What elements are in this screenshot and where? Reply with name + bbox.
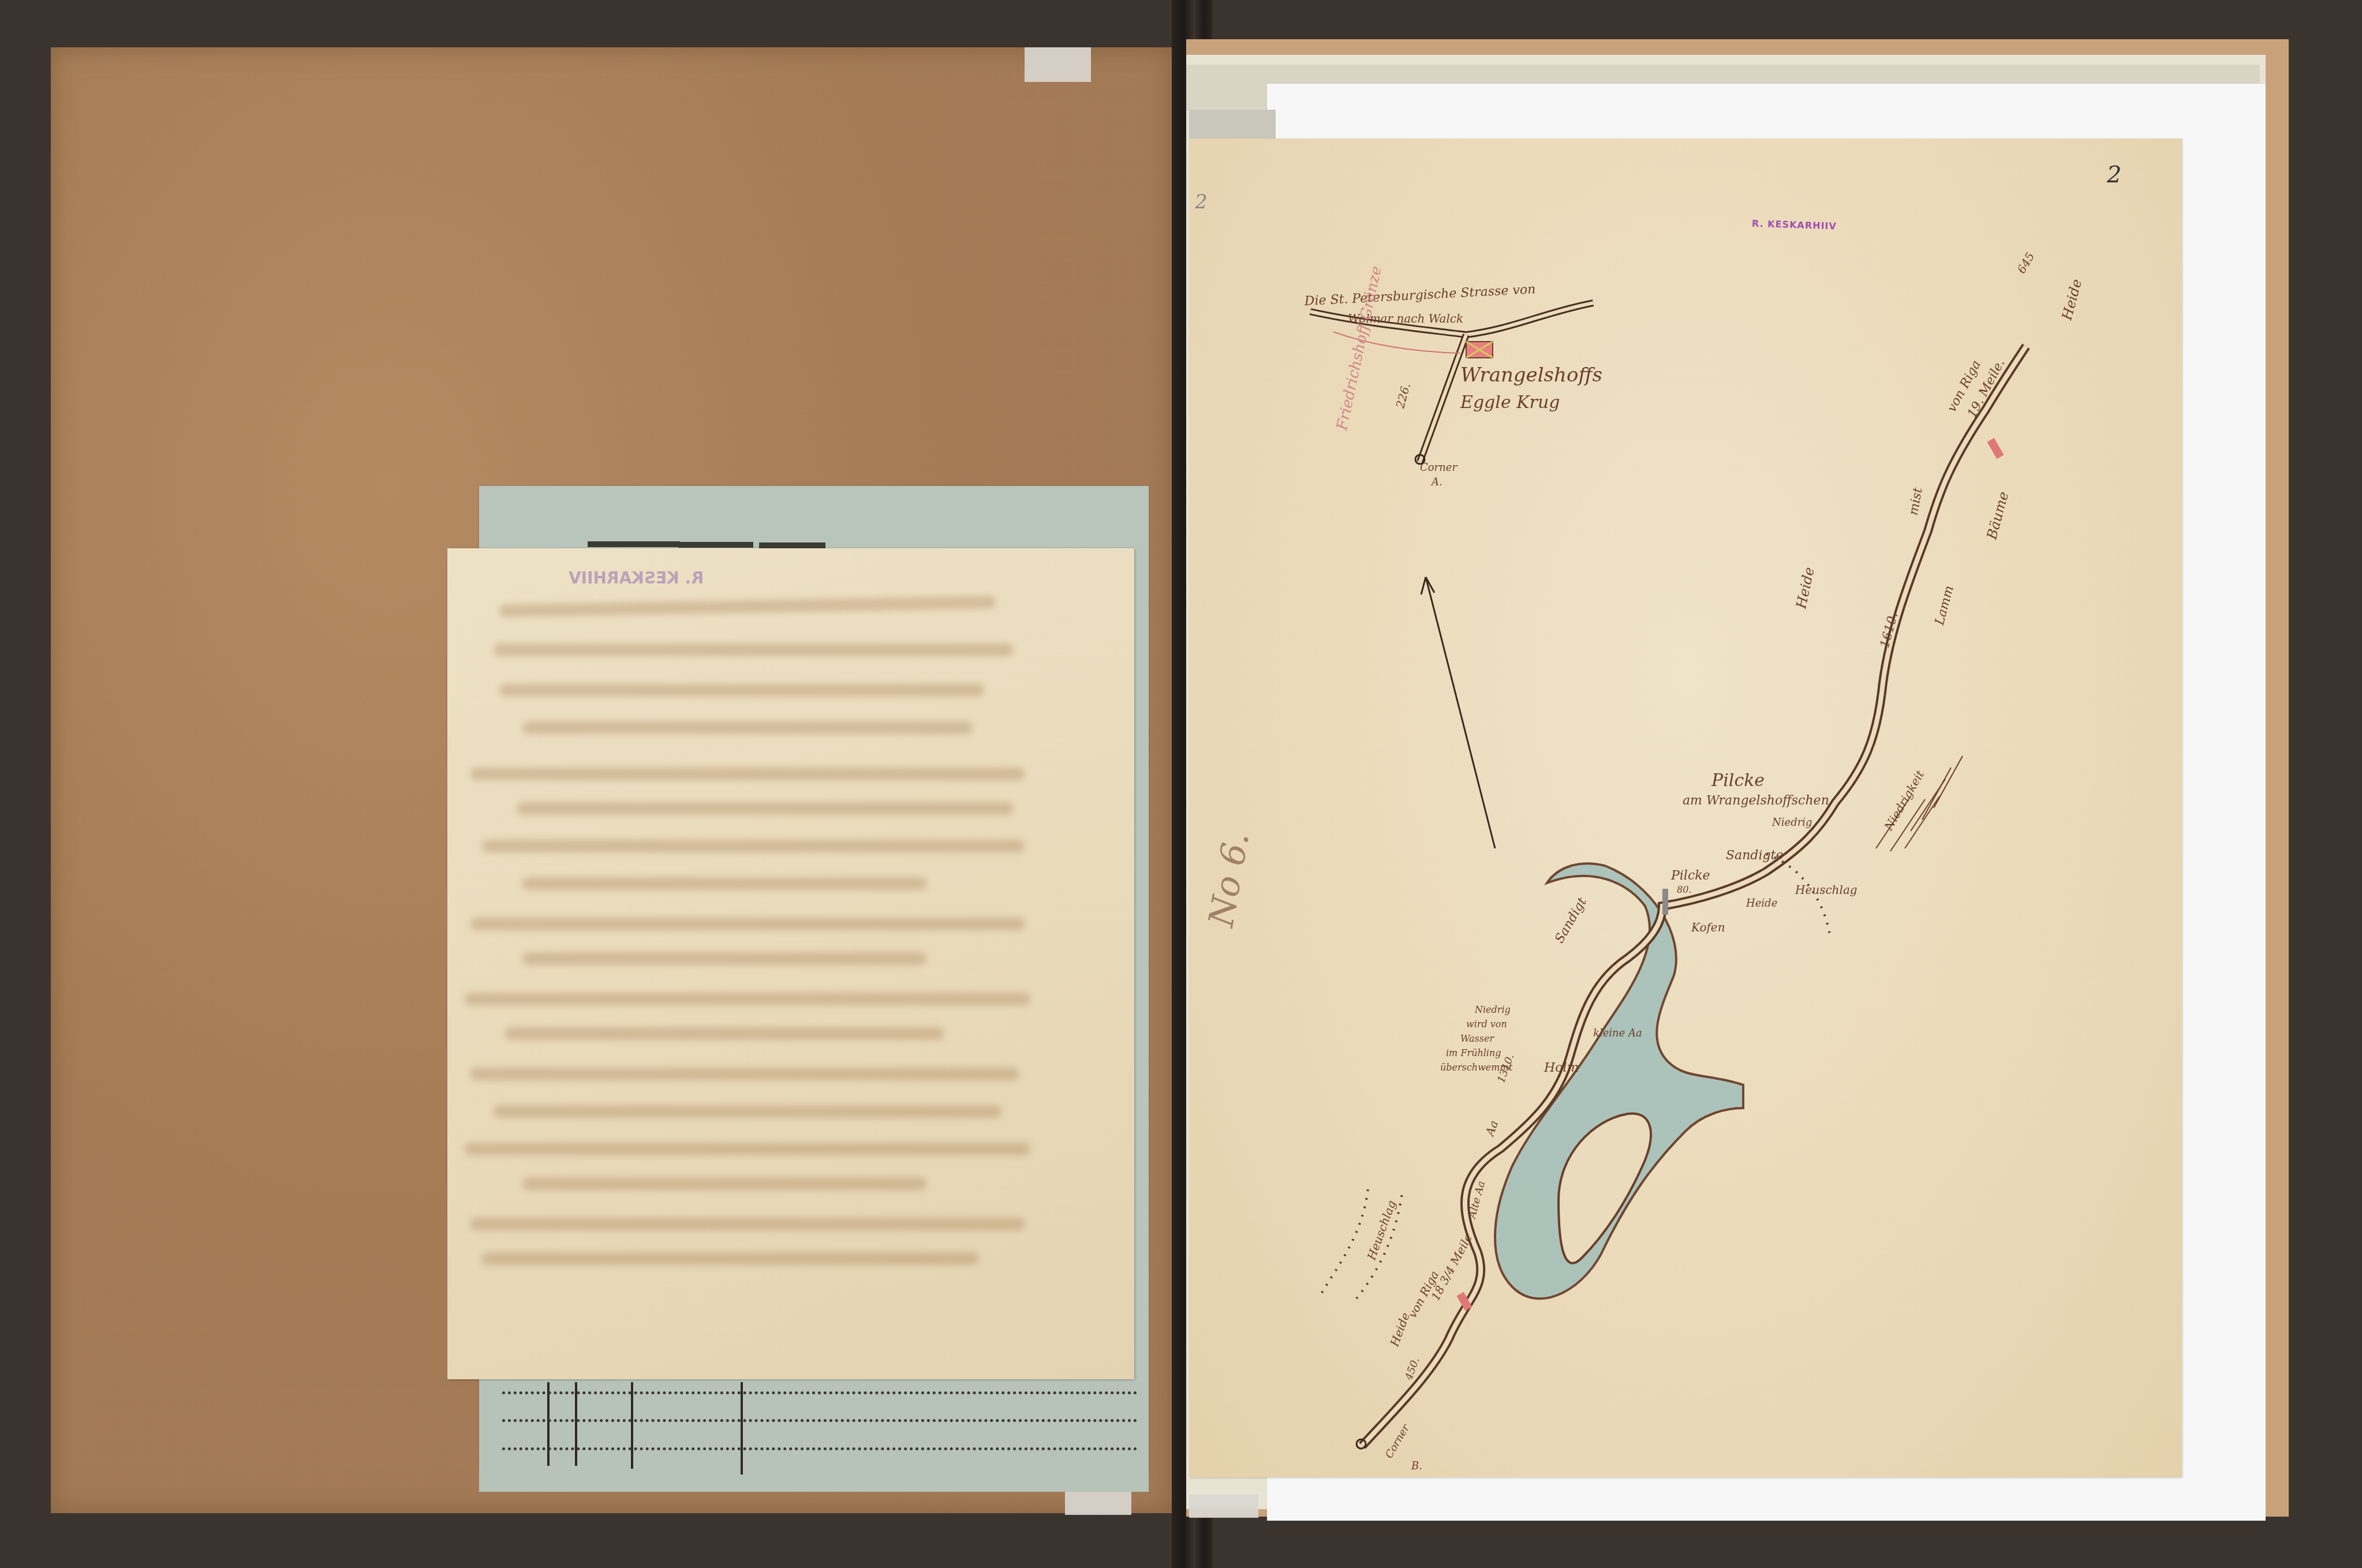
label-pilcke-title: Pilcke	[1711, 770, 1765, 791]
label-niedrig: Niedrig	[1772, 817, 1812, 829]
label-sandigte: Sandigte	[1726, 848, 1783, 863]
north-arrow-icon	[1426, 577, 1495, 848]
header-bar	[588, 541, 680, 547]
label-corner-b-letter: B.	[1411, 1460, 1422, 1472]
bleed-text-line	[522, 721, 973, 734]
form-column-rule	[631, 1382, 633, 1469]
label-heuschlag-right: Heuschlag	[1795, 883, 1858, 897]
mirrored-archive-stamp: R. KESKARHIIV	[569, 568, 704, 587]
label-corner-a-letter: A.	[1432, 476, 1442, 488]
page-number: 2	[2107, 162, 2121, 188]
bleed-text-line	[499, 684, 984, 697]
bleed-text-line	[522, 952, 926, 965]
label-corner-a: Corner	[1420, 462, 1457, 474]
dotted-path-left	[1322, 1189, 1368, 1293]
form-column-rule	[575, 1382, 577, 1466]
bleed-text-line	[517, 802, 1013, 815]
label-pilcke-sub: am Wrangelshoffschen	[1683, 794, 1829, 808]
label-wiese-note-4: im Frühling	[1446, 1047, 1501, 1058]
form-dotted-row	[502, 1419, 1137, 1422]
letter-sheet-verso: R. KESKARHIIV	[447, 548, 1134, 1379]
bleed-text-line	[470, 1068, 1019, 1080]
hand-drawn-map: 2 2 R. KESKARHIIV No 6. Die St. Petersbu…	[1189, 139, 2182, 1477]
label-bridge-80: 80.	[1677, 884, 1691, 895]
bridge-icon	[1662, 889, 1668, 915]
label-holm: Holm	[1544, 1061, 1579, 1075]
bleed-text-line	[470, 768, 1025, 780]
label-estate-1: Wrangelshoffs	[1460, 364, 1602, 387]
pencil-mark: 2	[1195, 190, 1208, 214]
bleed-text-line	[470, 1218, 1025, 1230]
bleed-text-line	[499, 596, 996, 617]
bleed-text-line	[482, 1252, 978, 1265]
bleed-text-line	[522, 1177, 926, 1190]
form-dotted-row	[502, 1447, 1137, 1450]
form-dotted-row	[502, 1391, 1137, 1394]
form-column-rule	[741, 1382, 743, 1475]
bleed-text-line	[465, 1143, 1030, 1155]
form-column-rule	[547, 1382, 550, 1466]
label-wiese-note-2: wird von	[1466, 1019, 1507, 1030]
label-wiese-note-1: Niedrig	[1475, 1004, 1511, 1015]
label-kofen: Kofen	[1691, 920, 1725, 934]
branch-road-inner	[1420, 335, 1466, 462]
bleed-text-line	[465, 993, 1030, 1005]
bleed-text-line	[505, 1027, 944, 1040]
main-road-outer	[1362, 346, 2026, 1446]
tape-bottom-right	[1189, 1495, 1258, 1518]
tape-top-left	[1025, 47, 1091, 82]
label-kleine-aa: kleine Aa	[1593, 1027, 1642, 1039]
bleed-text-line	[470, 918, 1025, 930]
milestone-19-icon	[1987, 438, 2004, 459]
bleed-text-line	[482, 840, 1025, 852]
header-bar	[759, 542, 825, 548]
label-pilcke-bridge: Pilcke	[1671, 869, 1710, 883]
bleed-text-line	[522, 877, 926, 890]
map-drawing	[1189, 139, 2182, 1477]
label-wiese-note-3: Wasser	[1460, 1033, 1494, 1044]
label-heide-mid: Heide	[1746, 897, 1777, 910]
bleed-text-line	[494, 643, 1013, 656]
bleed-text-line	[494, 1105, 1001, 1118]
label-estate-2: Eggle Krug	[1460, 392, 1560, 413]
header-bar	[678, 542, 753, 548]
form-sheet	[479, 1382, 1149, 1492]
